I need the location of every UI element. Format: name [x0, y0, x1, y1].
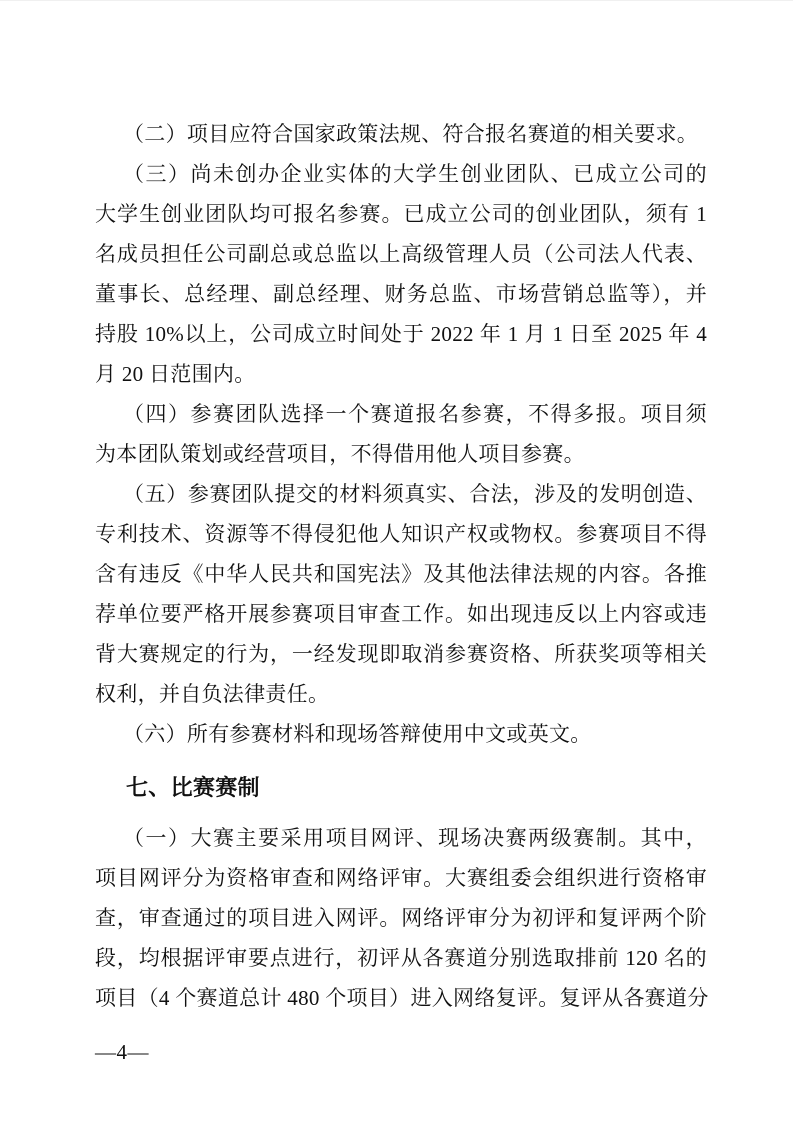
section-heading: 七、比赛赛制: [95, 768, 707, 808]
paragraph-5: （六）所有参赛材料和现场答辩使用中文或英文。: [95, 714, 707, 754]
text-line: （五）参赛团队提交的材料须真实、合法，涉及的发明创造、: [95, 474, 707, 514]
text-line: 月 20 日范围内。: [95, 354, 707, 394]
text-line: 董事长、总经理、副总经理、财务总监、市场营销总监等），并: [95, 274, 707, 314]
text-line: （二）项目应符合国家政策法规、符合报名赛道的相关要求。: [95, 114, 707, 154]
text-line: 七、比赛赛制: [95, 768, 707, 808]
paragraph-7: （一）大赛主要采用项目网评、现场决赛两级赛制。其中，项目网评分为资格审查和网络评…: [95, 818, 707, 1018]
document-page: （二）项目应符合国家政策法规、符合报名赛道的相关要求。（三）尚未创办企业实体的大…: [0, 0, 793, 1123]
paragraph-2: （三）尚未创办企业实体的大学生创业团队、已成立公司的大学生创业团队均可报名参赛。…: [95, 154, 707, 394]
text-line: 项目（4 个赛道总计 480 个项目）进入网络复评。复评从各赛道分: [95, 978, 707, 1018]
text-line: 荐单位要严格开展参赛项目审查工作。如出现违反以上内容或违: [95, 594, 707, 634]
text-line: 项目网评分为资格审查和网络评审。大赛组委会组织进行资格审: [95, 858, 707, 898]
text-line: 查，审查通过的项目进入网评。网络评审分为初评和复评两个阶: [95, 898, 707, 938]
text-line: （三）尚未创办企业实体的大学生创业团队、已成立公司的: [95, 154, 707, 194]
text-line: （六）所有参赛材料和现场答辩使用中文或英文。: [95, 714, 707, 754]
text-line: 专利技术、资源等不得侵犯他人知识产权或物权。参赛项目不得: [95, 514, 707, 554]
text-line: 为本团队策划或经营项目，不得借用他人项目参赛。: [95, 434, 707, 474]
page-number: —4—: [95, 1037, 149, 1067]
text-line: 大学生创业团队均可报名参赛。已成立公司的创业团队，须有 1: [95, 194, 707, 234]
text-line: 名成员担任公司副总或总监以上高级管理人员（公司法人代表、: [95, 234, 707, 274]
text-line: 持股 10%以上，公司成立时间处于 2022 年 1 月 1 日至 2025 年…: [95, 314, 707, 354]
text-line: 含有违反《中华人民共和国宪法》及其他法律法规的内容。各推: [95, 554, 707, 594]
paragraph-4: （五）参赛团队提交的材料须真实、合法，涉及的发明创造、专利技术、资源等不得侵犯他…: [95, 474, 707, 714]
paragraph-3: （四）参赛团队选择一个赛道报名参赛，不得多报。项目须为本团队策划或经营项目，不得…: [95, 394, 707, 474]
text-line: 段，均根据评审要点进行，初评从各赛道分别选取排前 120 名的: [95, 938, 707, 978]
text-line: 背大赛规定的行为，一经发现即取消参赛资格、所获奖项等相关: [95, 634, 707, 674]
text-line: 权利，并自负法律责任。: [95, 674, 707, 714]
text-line: （四）参赛团队选择一个赛道报名参赛，不得多报。项目须: [95, 394, 707, 434]
document-content: （二）项目应符合国家政策法规、符合报名赛道的相关要求。（三）尚未创办企业实体的大…: [95, 114, 707, 1018]
paragraph-1: （二）项目应符合国家政策法规、符合报名赛道的相关要求。: [95, 114, 707, 154]
text-line: （一）大赛主要采用项目网评、现场决赛两级赛制。其中，: [95, 818, 707, 858]
